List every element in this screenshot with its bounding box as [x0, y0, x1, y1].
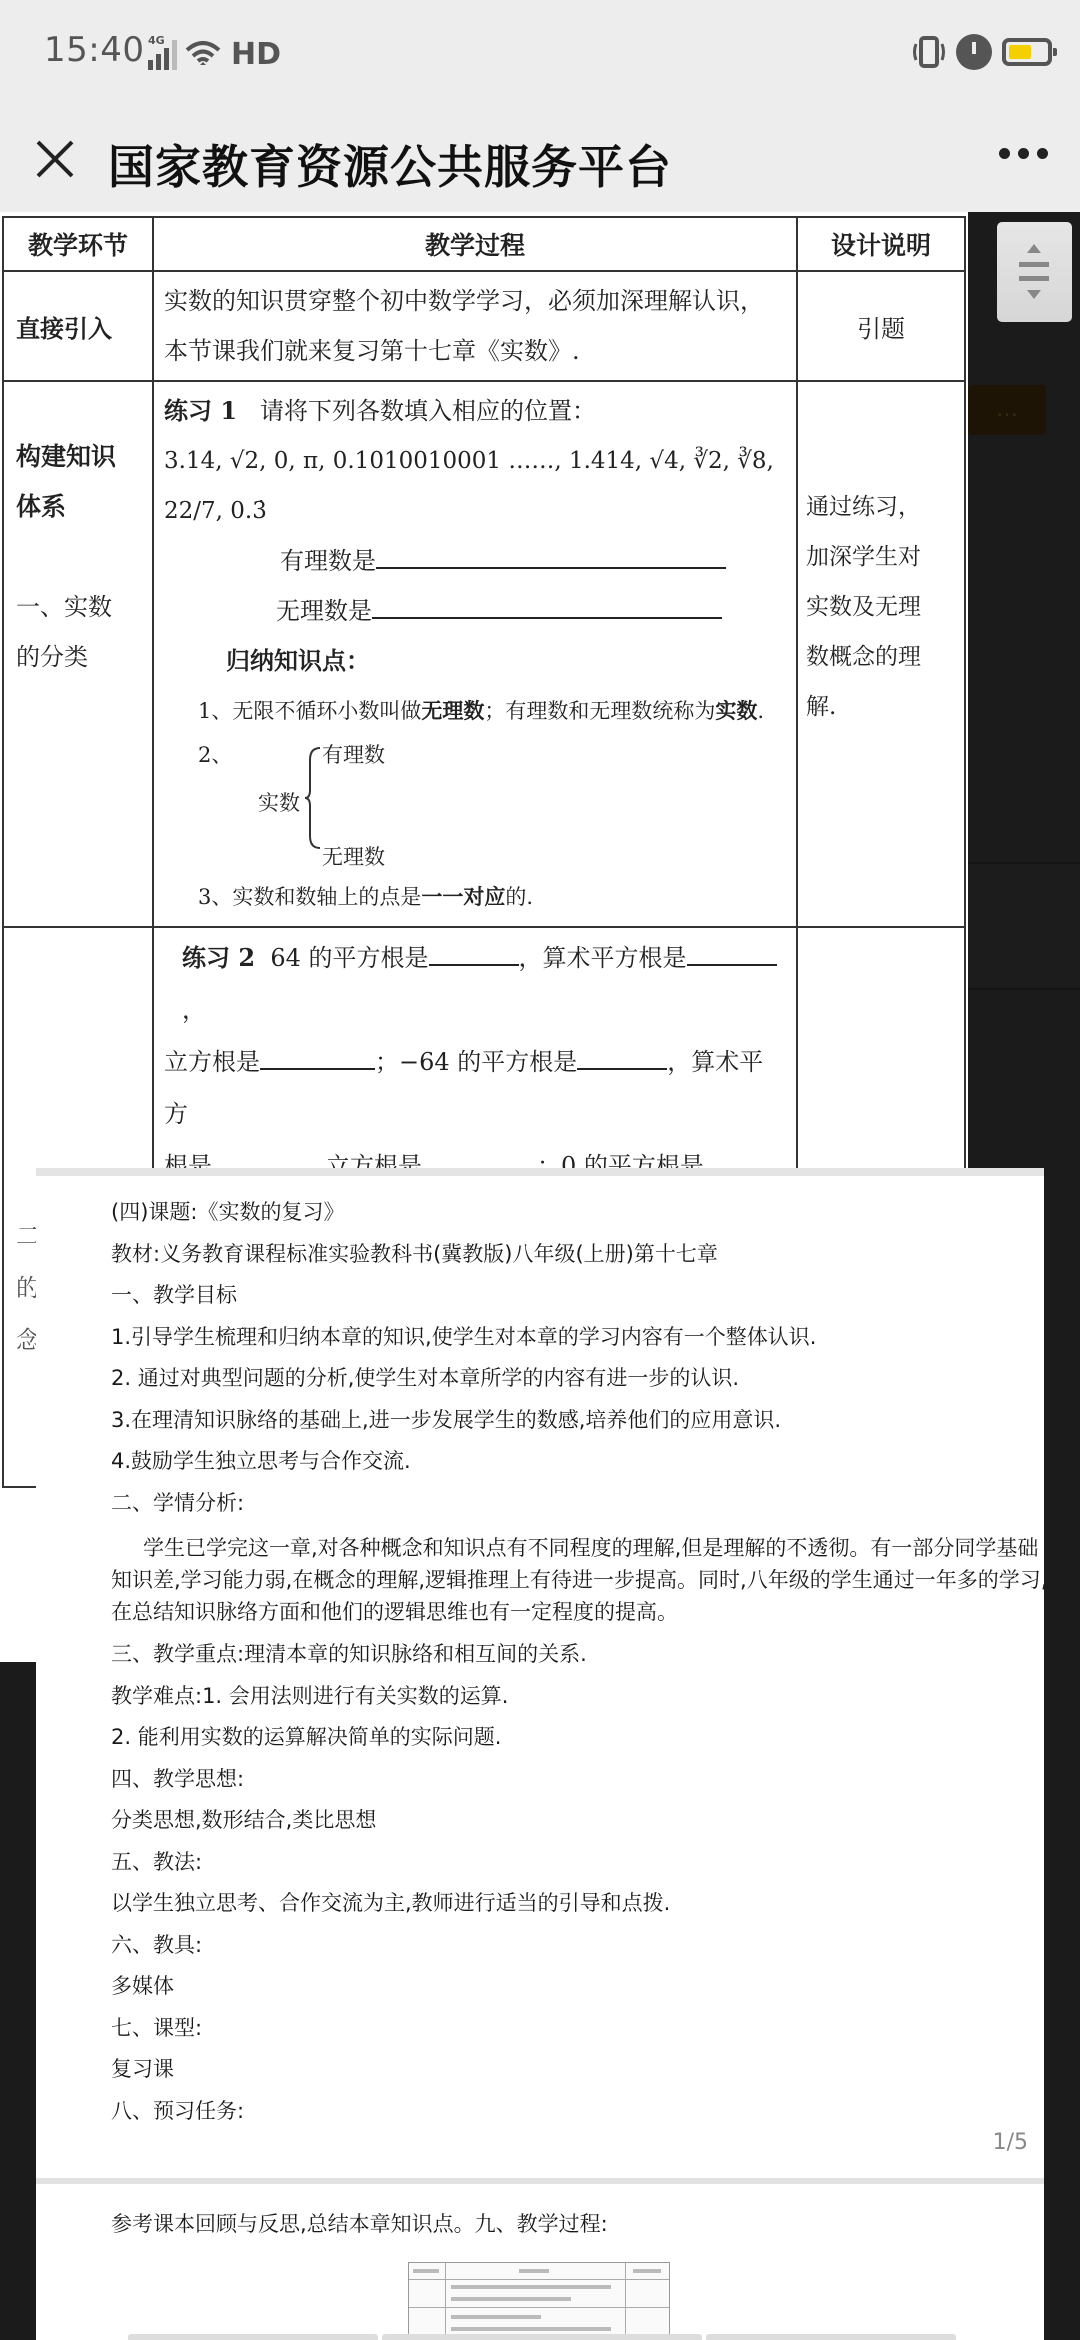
page-title: 国家教育资源公共服务平台	[108, 122, 672, 212]
exercise-text: ，	[182, 996, 206, 1024]
embedded-table-thumbnail	[408, 2262, 670, 2340]
note-cell: 通过练习， 加深学生对 实数及无理 数概念的理 解.	[797, 381, 965, 927]
doc-line: 六、教具:	[111, 1925, 1011, 1967]
stage-cell: 构建知识 体系 一、实数 的分类	[3, 381, 153, 927]
vibrate-icon	[912, 34, 946, 70]
rational-label: 有理数是	[280, 547, 376, 575]
point-text: 3、实数和数轴上的点是	[198, 885, 421, 909]
doc-line: 八、预习任务:	[111, 2091, 1011, 2133]
doc-line: 教学难点:1. 会用法则进行有关实数的运算.	[111, 1676, 1011, 1718]
close-icon[interactable]	[30, 134, 80, 184]
table-header-row: 教学环节 教学过程 设计说明	[3, 217, 965, 271]
page-separator	[36, 2178, 1044, 2184]
number-list: 3.14, √2, 0, π, 0.1010010001 ……, 1.414, …	[164, 436, 786, 536]
arrow-up-icon	[1027, 244, 1041, 253]
exercise-prompt: 请将下列各数填入相应的位置：	[260, 397, 596, 425]
summary-title: 归纳知识点：	[164, 636, 786, 686]
stage-line: 一、实数	[16, 582, 142, 632]
exercise-label: 练习 1	[164, 396, 237, 425]
point-text: ；有理数和无理数统称为	[484, 699, 715, 723]
toolbar-hint	[382, 2334, 702, 2340]
doc-paragraph: 学生已学完这一章,对各种概念和知识点有不同程度的理解,但是理解的不透彻。有一部分…	[111, 1532, 1051, 1628]
point-text: 的.	[505, 885, 533, 909]
wifi-icon	[185, 40, 221, 70]
stage-line: 构建知识	[16, 432, 142, 482]
doc-line: 五、教法:	[111, 1842, 1011, 1884]
exercise-text: ，算术平方根是	[519, 944, 687, 972]
cellular-signal-icon: 4G	[148, 40, 177, 70]
irrational-label: 无理数是	[276, 597, 372, 625]
root-label: 实数	[258, 778, 300, 828]
note-line: 加深学生对	[806, 532, 956, 582]
col-header: 设计说明	[797, 217, 965, 271]
irrational-blank	[372, 587, 722, 619]
table-row: 直接引入 实数的知识贯穿整个初中数学学习，必须加深理解认识， 本节课我们就来复习…	[3, 271, 965, 381]
note-line: 数概念的理	[806, 632, 956, 682]
answer-blank	[260, 1038, 375, 1070]
col-header: 教学环节	[3, 217, 153, 271]
doc-line: 四、教学思想:	[111, 1759, 1011, 1801]
panel-edge	[36, 1168, 1044, 1176]
more-icon[interactable]	[999, 148, 1048, 159]
network-type: 4G	[148, 34, 165, 47]
left-status-icons: 4G HD	[148, 34, 281, 70]
brace-icon	[304, 746, 324, 850]
table-row: 构建知识 体系 一、实数 的分类 练习 1 请将下列各数填入相应的位置： 3.1…	[3, 381, 965, 927]
doc-line: 复习课	[111, 2049, 1011, 2091]
hd-indicator: HD	[231, 40, 281, 70]
partial-char: 二	[16, 1210, 36, 1262]
document-page-2: 参考课本回顾与反思,总结本章知识点。九、教学过程:	[111, 2208, 608, 2238]
point-bold: 无理数	[421, 698, 484, 723]
clock: 15:40	[44, 30, 144, 70]
exercise-label: 练习 2	[182, 943, 255, 972]
process-line: 实数的知识贯穿整个初中数学学习，必须加深理解认识，	[164, 276, 786, 326]
doc-line: 参考课本回顾与反思,总结本章知识点。九、教学过程:	[111, 2212, 608, 2236]
toolbar-hint	[706, 2334, 956, 2340]
point-text: .	[757, 699, 764, 723]
point-bold: 一一对应	[421, 884, 505, 909]
arrow-down-icon	[1027, 290, 1041, 299]
battery-icon	[1002, 38, 1052, 66]
ghost-badge: …	[968, 385, 1046, 435]
exercise-text: 64 的平方根是	[270, 944, 428, 972]
exercise-text: 立方根是	[164, 1048, 260, 1076]
answer-blank	[687, 934, 777, 966]
point-bold: 实数	[715, 698, 757, 723]
doc-line: 4.鼓励学生独立思考与合作交流.	[111, 1441, 1011, 1483]
branch-label: 有理数	[322, 730, 385, 780]
doc-line: 以学生独立思考、合作交流为主,教师进行适当的引导和点拨.	[111, 1883, 1011, 1925]
document-page-1: (四)课题:《实数的复习》 教材:义务教育课程标准实验教科书(冀教版)八年级(上…	[111, 1192, 1011, 2132]
ghost-band	[968, 862, 1080, 990]
grip-line	[1019, 262, 1049, 267]
app-header: 国家教育资源公共服务平台	[0, 120, 1080, 212]
col-header: 教学过程	[153, 217, 797, 271]
doc-line: 3.在理清知识脉络的基础上,进一步发展学生的数感,培养他们的应用意识.	[111, 1400, 1011, 1442]
scroll-handle[interactable]	[997, 222, 1072, 322]
doc-line: 一、教学目标	[111, 1275, 1011, 1317]
doc-line: 二、学情分析:	[111, 1483, 1011, 1525]
branch-label: 无理数	[322, 832, 385, 882]
toolbar-hint	[128, 2334, 378, 2340]
doc-line: (四)课题:《实数的复习》	[111, 1192, 1011, 1234]
stage-line: 的分类	[16, 632, 142, 682]
stage-cell: 直接引入	[3, 271, 153, 381]
doc-line: 多媒体	[111, 1966, 1011, 2008]
right-status-icons	[912, 34, 1052, 70]
process-line: 本节课我们就来复习第十七章《实数》.	[164, 326, 786, 376]
process-cell: 练习 1 请将下列各数填入相应的位置： 3.14, √2, 0, π, 0.10…	[153, 381, 797, 927]
note-line: 通过练习，	[806, 482, 956, 532]
doc-line: 三、教学重点:理清本章的知识脉络和相互间的关系.	[111, 1634, 1011, 1676]
doc-line: 分类思想,数形结合,类比思想	[111, 1800, 1011, 1842]
doc-line: 2. 能利用实数的运算解决简单的实际问题.	[111, 1717, 1011, 1759]
doc-line: 七、课型:	[111, 2008, 1011, 2050]
point-num: 2、	[198, 730, 232, 780]
answer-blank	[577, 1038, 667, 1070]
doc-line: 教材:义务教育课程标准实验教科书(冀教版)八年级(上册)第十七章	[111, 1234, 1011, 1276]
status-bar: 15:40 4G HD	[0, 0, 1080, 120]
point-text: 1、无限不循环小数叫做	[198, 699, 421, 723]
rational-blank	[376, 537, 726, 569]
stage-line: 体系	[16, 482, 142, 532]
answer-blank	[429, 934, 519, 966]
partial-char: 的	[16, 1262, 36, 1314]
page-indicator: 1/5	[993, 2130, 1028, 2155]
note-cell: 引题	[797, 271, 965, 381]
note-line: 解.	[806, 682, 956, 732]
process-cell: 实数的知识贯穿整个初中数学学习，必须加深理解认识， 本节课我们就来复习第十七章《…	[153, 271, 797, 381]
partial-stage-text: 二 的 念	[16, 1210, 36, 1366]
document-viewer[interactable]: (四)课题:《实数的复习》 教材:义务教育课程标准实验教科书(冀教版)八年级(上…	[36, 1168, 1044, 2340]
doc-line: 1.引导学生梳理和归纳本章的知识,使学生对本章的学习内容有一个整体认识.	[111, 1317, 1011, 1359]
note-line: 实数及无理	[806, 582, 956, 632]
partial-char: 念	[16, 1314, 36, 1366]
alarm-icon	[956, 34, 992, 70]
doc-line: 2. 通过对典型问题的分析,使学生对本章所学的内容有进一步的认识.	[111, 1358, 1011, 1400]
classification-diagram: 2、 实数 有理数 无理数	[164, 736, 786, 876]
grip-line	[1019, 276, 1049, 281]
exercise-text: ；−64 的平方根是	[375, 1048, 577, 1076]
